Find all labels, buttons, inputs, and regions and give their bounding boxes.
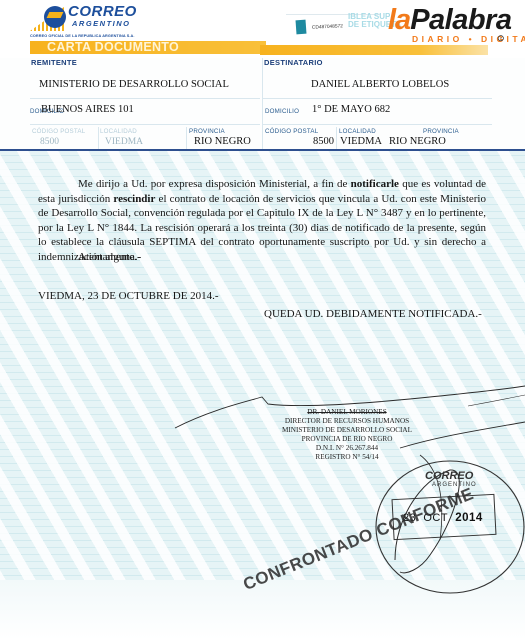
header-bottom-rule: [0, 149, 525, 151]
divider: [30, 124, 260, 125]
divider: [262, 98, 492, 99]
destinatario-cp-label: CÓDIGO POSTAL: [265, 128, 318, 135]
destinatario-codigo-postal: 8500: [313, 136, 334, 147]
remitente-localidad-label: LOCALIDAD: [100, 128, 137, 135]
document-header: CORREO ARGENTINO CORREO OFICIAL DE LA RE…: [0, 0, 525, 58]
correo-argentino-logo: CORREO ARGENTINO: [30, 5, 130, 33]
letter-closing: Atentamente.-: [78, 251, 141, 263]
destinatario-label: DESTINATARIO: [264, 58, 323, 67]
column-divider: [262, 58, 263, 150]
signatory-province: PROVINCIA DE RIO NEGRO: [282, 435, 412, 444]
watermark-subtitle: DIARIO • DIGITAL: [412, 34, 525, 44]
signatory-ministry: MINISTERIO DE DESARROLLO SOCIAL: [282, 426, 412, 435]
divider: [98, 127, 99, 149]
signatory-name: DR. DANIEL MORIONES: [282, 408, 412, 417]
divider: [336, 127, 337, 149]
logo-globe-icon: [44, 6, 66, 28]
letter-emphasis-notificarle: notificarle: [351, 178, 399, 190]
letter-emphasis-rescindir: rescindir: [113, 193, 155, 205]
remitente-name: MINISTERIO DE DESARROLLO SOCIAL: [39, 79, 229, 90]
divider: [30, 98, 260, 99]
remitente-provincia-label: PROVINCIA: [189, 128, 225, 135]
postmark-year: 2014: [455, 512, 483, 524]
logo-tagline: CORREO OFICIAL DE LA REPUBLICA ARGENTINA…: [30, 34, 135, 38]
remitente-codigo-postal: 8500: [40, 137, 59, 147]
destinatario-name: DANIEL ALBERTO LOBELOS: [311, 79, 449, 90]
watermark-brand-palabra: Palabra: [410, 4, 511, 36]
watermark-brand-la: la: [388, 4, 410, 36]
destinatario-localidad-label: LOCALIDAD: [339, 128, 376, 135]
remitente-localidad: VIEDMA: [105, 137, 143, 147]
letter-text: Me dirijo a Ud. por expresa disposición …: [78, 178, 351, 190]
destinatario-provincia: RIO NEGRO: [389, 136, 446, 147]
signature-block: DR. DANIEL MORIONES DIRECTOR DE RECURSOS…: [282, 408, 412, 462]
destinatario-localidad: VIEDMA: [340, 136, 382, 147]
document-title: CARTA DOCUMENTO: [47, 40, 179, 54]
signatory-dni: D.N.I. N° 26.267.844: [282, 444, 412, 453]
remitente-cp-label: CÓDIGO POSTAL: [32, 128, 85, 135]
remitente-provincia: RIO NEGRO: [194, 136, 251, 147]
header-orange-bar: [260, 45, 488, 55]
postmark-brand: CORREO: [425, 470, 473, 482]
tracking-code: CD487048572: [312, 24, 343, 31]
watermark-brand: laPalabra: [388, 4, 511, 37]
signatory-title: DIRECTOR DE RECURSOS HUMANOS: [282, 417, 412, 426]
destinatario-domicilio: 1° DE MAYO 682: [312, 104, 390, 115]
divider: [262, 124, 492, 125]
destinatario-provincia-label: PROVINCIA: [423, 128, 459, 135]
logo-brand-sub: ARGENTINO: [72, 19, 131, 28]
divider: [186, 127, 187, 149]
link-icon: ⊙: [497, 34, 505, 44]
barcode-chip-icon: [296, 20, 307, 35]
remitente-domicilio: BUENOS AIRES 101: [41, 104, 134, 115]
document-title-bar: CARTA DOCUMENTO: [30, 41, 266, 54]
signatory-registro: REGISTRO N° 54/14: [282, 453, 412, 462]
remitente-label: REMITENTE: [31, 58, 77, 67]
destinatario-domicilio-label: DOMICILIO: [265, 108, 299, 115]
carta-documento-sheet: CORREO ARGENTINO CORREO OFICIAL DE LA RE…: [0, 0, 525, 640]
logo-brand: CORREO: [68, 5, 137, 19]
letter-date: VIEDMA, 23 DE OCTUBRE DE 2014.-: [38, 290, 219, 302]
letter-notified: QUEDA UD. DEBIDAMENTE NOTIFICADA.-: [264, 308, 482, 320]
